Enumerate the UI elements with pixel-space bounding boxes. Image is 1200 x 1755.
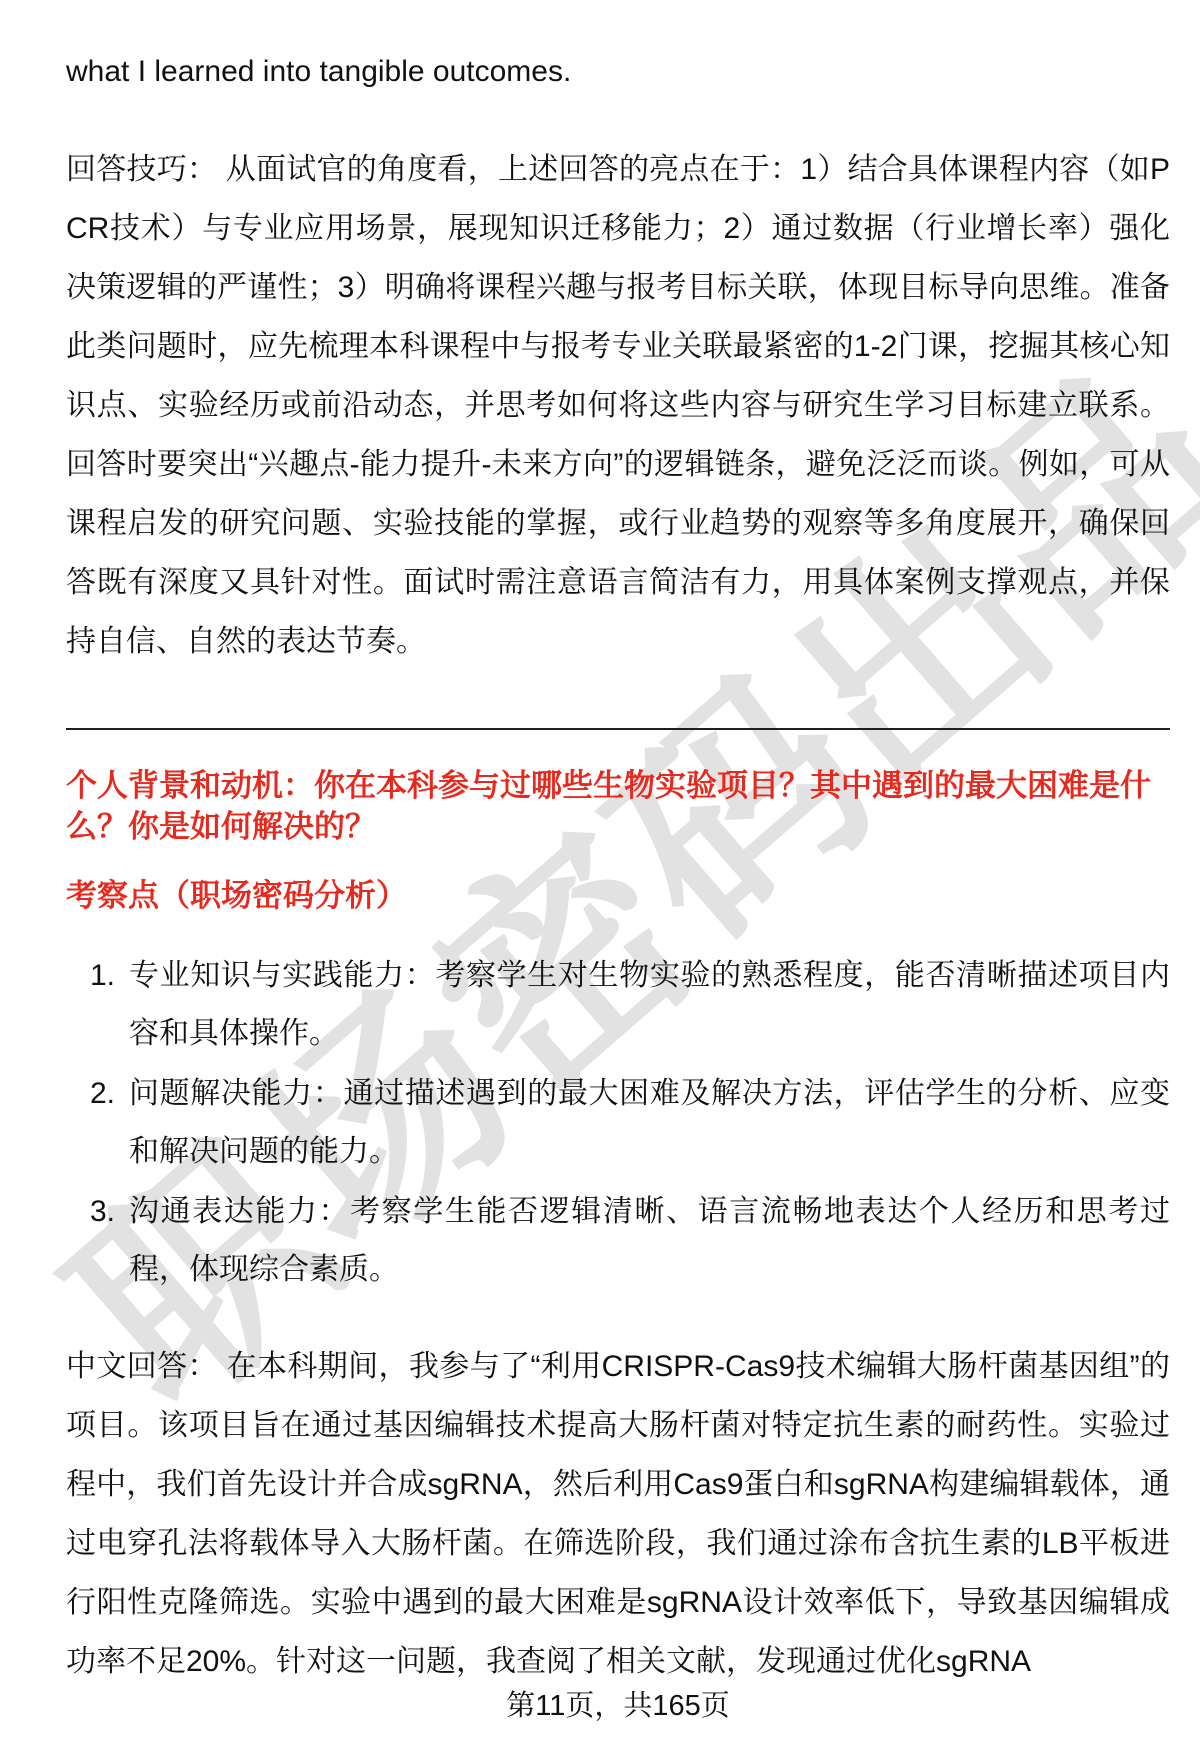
list-item-number: 3. [66, 1183, 129, 1241]
section-divider [66, 728, 1170, 730]
list-item-number: 1. [66, 947, 129, 1005]
document-content: what I learned into tangible outcomes. 回… [66, 0, 1170, 1721]
list-item-text: 问题解决能力：通过描述遇到的最大困难及解决方法，评估学生的分析、应变和解决问题的… [129, 1065, 1170, 1181]
list-item-text: 沟通表达能力：考察学生能否逻辑清晰、语言流畅地表达个人经历和思考过程，体现综合素… [129, 1183, 1170, 1299]
answer-tips-paragraph: 回答技巧： 从面试官的角度看，上述回答的亮点在于：1）结合具体课程内容（如PCR… [66, 140, 1170, 671]
list-item: 3. 沟通表达能力：考察学生能否逻辑清晰、语言流畅地表达个人经历和思考过程，体现… [66, 1183, 1170, 1299]
list-item-text: 专业知识与实践能力：考察学生对生物实验的熟悉程度，能否清晰描述项目内容和具体操作… [129, 947, 1170, 1063]
intro-sentence-fragment: what I learned into tangible outcomes. [66, 42, 1170, 101]
question-heading: 个人背景和动机：你在本科参与过哪些生物实验项目？其中遇到的最大困难是什么？你是如… [66, 765, 1170, 847]
list-item: 1. 专业知识与实践能力：考察学生对生物实验的熟悉程度，能否清晰描述项目内容和具… [66, 947, 1170, 1063]
document-page: { "doc": { "intro_line": "what I learned… [0, 0, 1200, 1755]
list-item-number: 2. [66, 1065, 129, 1123]
assessment-points-list: 1. 专业知识与实践能力：考察学生对生物实验的熟悉程度，能否清晰描述项目内容和具… [66, 947, 1170, 1299]
chinese-answer-paragraph: 中文回答： 在本科期间，我参与了“利用CRISPR-Cas9技术编辑大肠杆菌基因… [66, 1337, 1170, 1691]
list-item: 2. 问题解决能力：通过描述遇到的最大困难及解决方法，评估学生的分析、应变和解决… [66, 1065, 1170, 1181]
page-number-footer: 第11页，共165页 [66, 1691, 1170, 1721]
assessment-section-heading: 考察点（职场密码分析） [66, 875, 1170, 916]
